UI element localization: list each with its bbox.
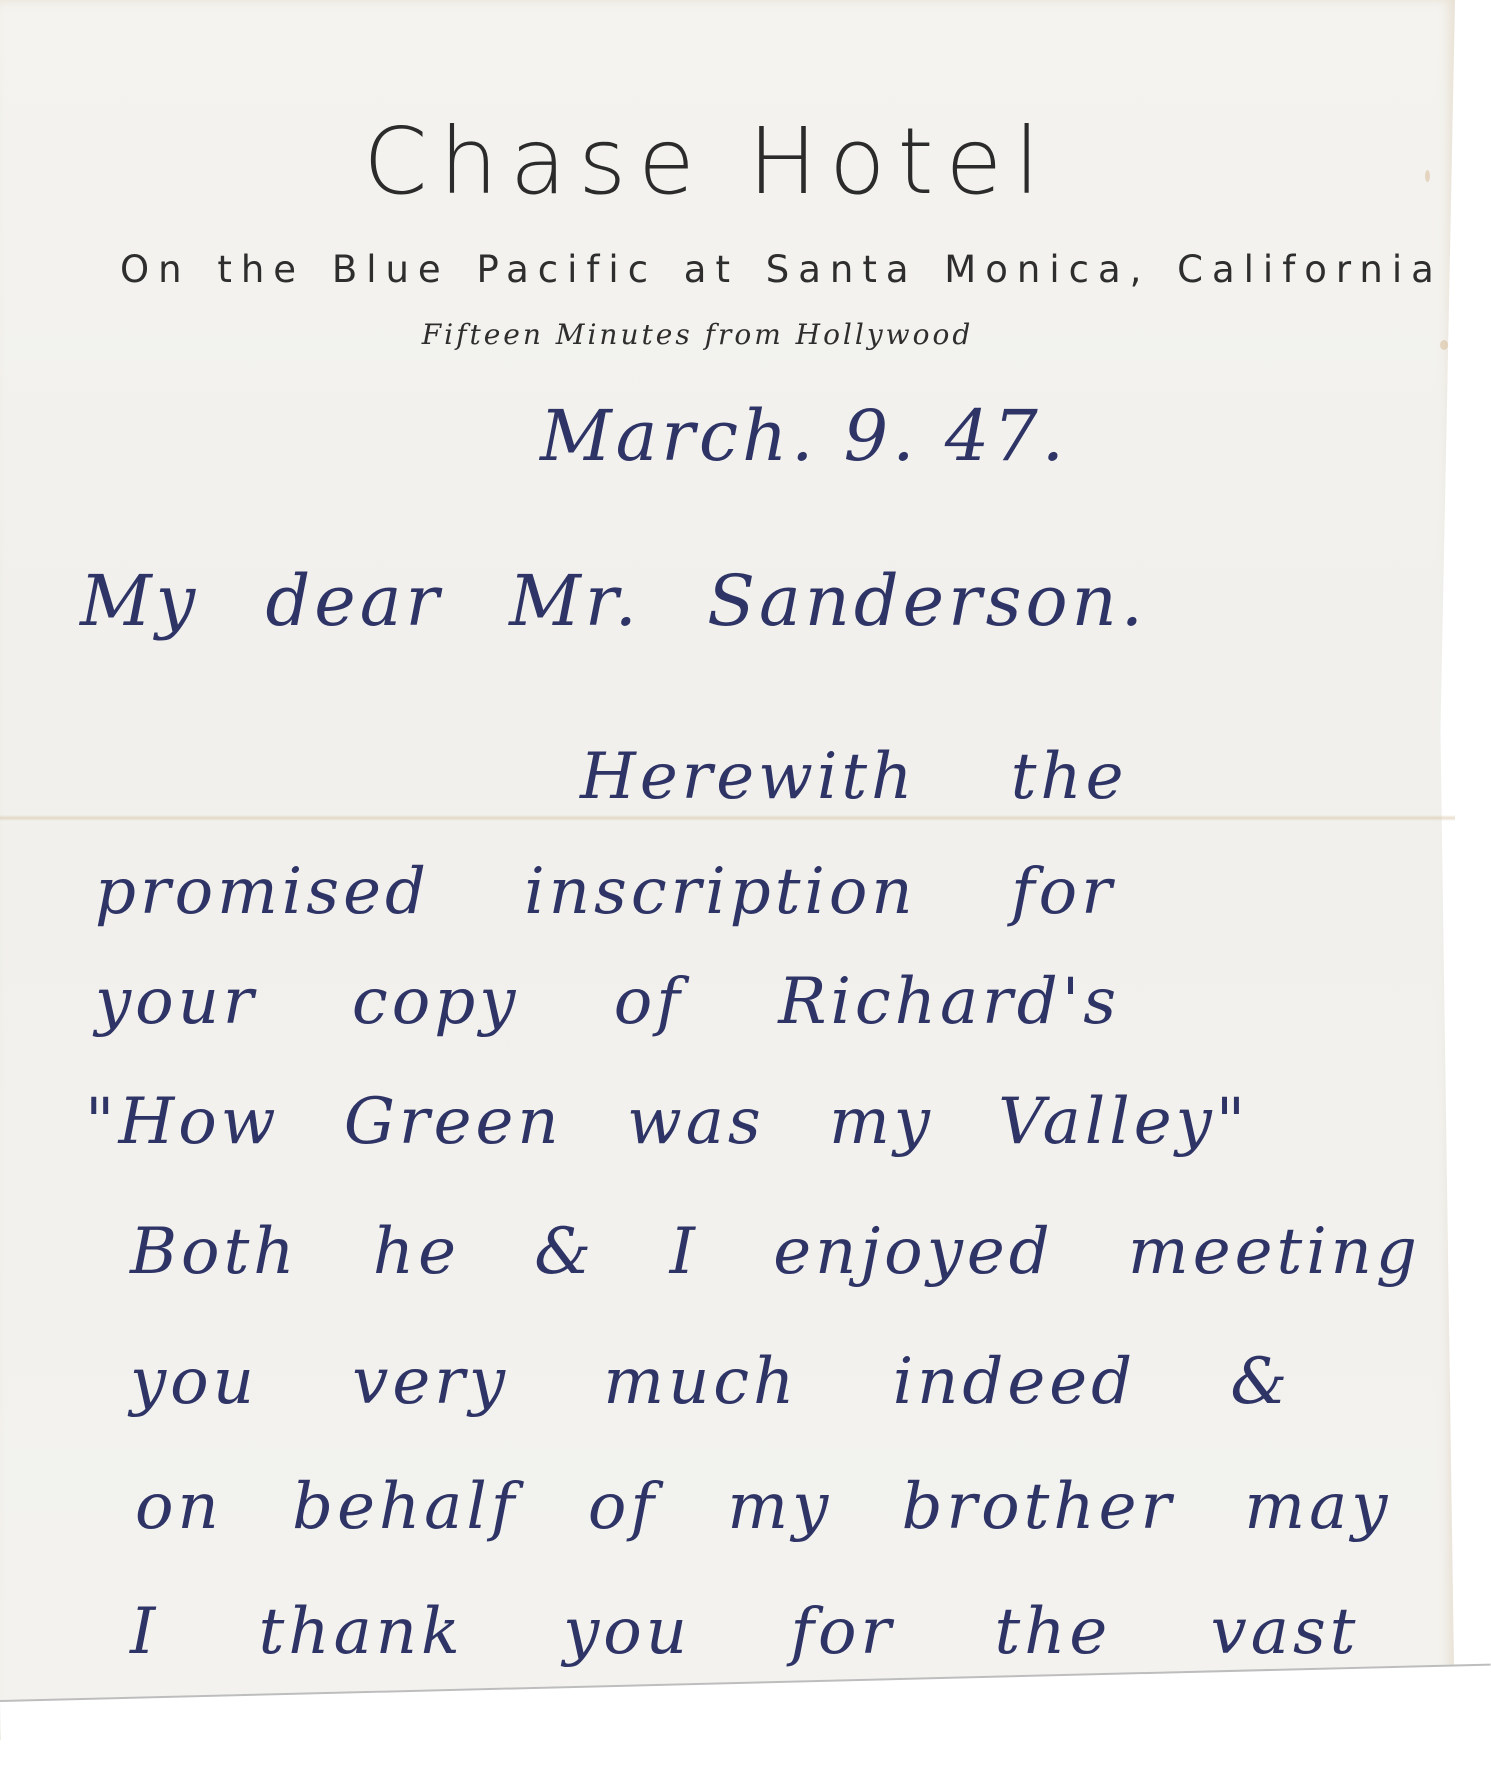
scan-background	[1455, 0, 1491, 1774]
letter-salutation: My dear Mr. Sanderson.	[80, 560, 1147, 642]
letter-line: promised inscription for	[95, 855, 1116, 929]
letter-line: Herewith the	[580, 740, 1128, 814]
age-stain	[1440, 340, 1448, 350]
letter-line: your copy of Richard's	[95, 965, 1120, 1039]
letter-line: I thank you for the vast	[130, 1595, 1360, 1669]
letter-line: you very much indeed &	[130, 1345, 1291, 1419]
letter-line: on behalf of my brother may	[135, 1470, 1391, 1544]
letterhead-subtagline: Fifteen Minutes from Hollywood	[0, 318, 1425, 351]
letterhead-tagline: On the Blue Pacific at Santa Monica, Cal…	[120, 248, 1443, 291]
letter-line: Both he & I enjoyed meeting	[130, 1215, 1421, 1289]
hotel-name: Chase Hotel	[0, 108, 1435, 215]
paper-fold-crease	[0, 815, 1460, 821]
letter-date: March. 9. 47.	[540, 395, 1068, 477]
letter-line: "How Green was my Valley"	[85, 1085, 1249, 1159]
